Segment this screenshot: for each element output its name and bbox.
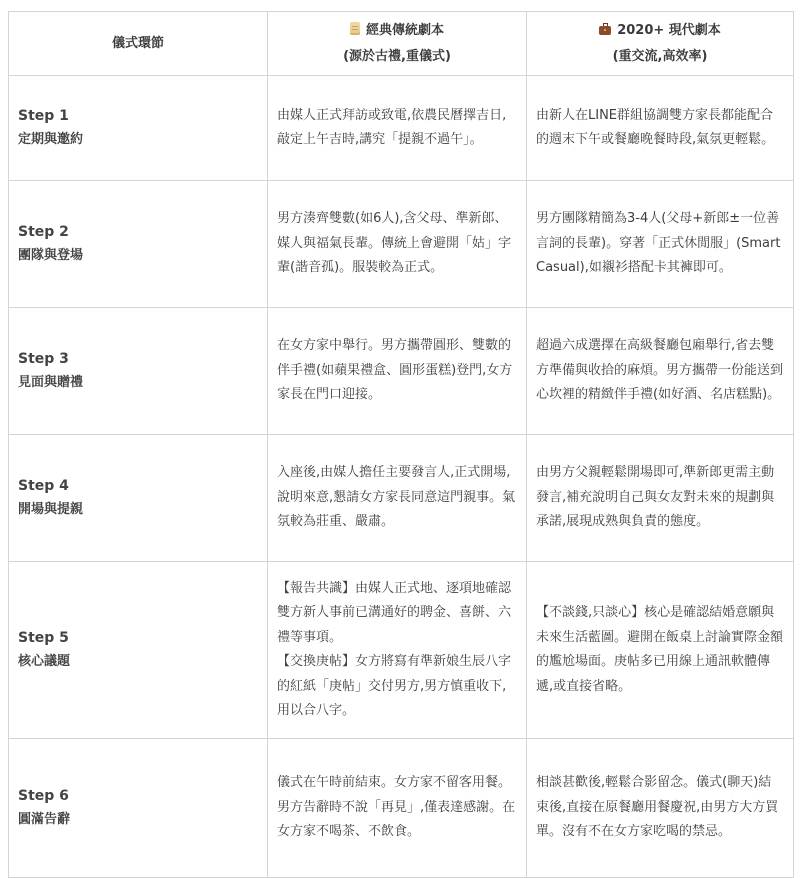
header-ritual-stage: 儀式環節 [9,12,268,76]
step-number: Step 3 [18,347,267,371]
step-title: 定期與邀約 [18,128,267,152]
table-row: Step 1 定期與邀約 由媒人正式拜訪或致電,依農民曆擇吉日,敲定上午吉時,講… [9,76,794,181]
modern-cell: 相談甚歡後,輕鬆合影留念。儀式(聊天)結束後,直接在原餐廳用餐慶祝,由男方大方買… [527,739,794,782]
modern-cell: 由男方父親輕鬆開場即可,準新郎更需主動發言,補充說明自己與女友對未來的規劃與承諾… [527,435,794,562]
table-row: Step 4 開場與提親 入座後,由媒人擔任主要發言人,正式開場,說明來意,懇請… [9,435,794,562]
step-cell: Step 1 定期與邀約 [9,76,268,181]
table-row: Step 3 見面與贈禮 在女方家中舉行。男方攜帶圓形、雙數的伴手禮(如蘋果禮盒… [9,308,794,435]
step-number: Step 1 [18,104,267,128]
modern-cell: 【不談錢,只談心】核心是確認結婚意願與未來生活藍圖。避開在飯桌上討論實際金額的尷… [527,562,794,739]
table-header-row: 儀式環節 經典傳統劇本 (源於古禮,重儀式) 2020+ 現代劇本 (重交流,高… [9,12,794,76]
traditional-cell: 【報告共識】由媒人正式地、逐項地確認雙方新人事前已溝通好的聘金、喜餅、六禮等事項… [268,562,527,739]
scroll-icon [350,22,360,35]
comparison-table-container: 儀式環節 經典傳統劇本 (源於古禮,重儀式) 2020+ 現代劇本 (重交流,高… [8,11,793,781]
header-traditional-title: 經典傳統劇本 [366,23,444,38]
table-row: Step 6 圓滿告辭 儀式在午時前結束。女方家不留客用餐。男方告辭時不說「再見… [9,739,794,782]
header-modern-subtitle: (重交流,高效率) [527,44,793,70]
traditional-cell: 在女方家中舉行。男方攜帶圓形、雙數的伴手禮(如蘋果禮盒、圓形蛋糕)登門,女方家長… [268,308,527,435]
header-modern: 2020+ 現代劇本 (重交流,高效率) [527,12,794,76]
proposal-ritual-comparison-table: 儀式環節 經典傳統劇本 (源於古禮,重儀式) 2020+ 現代劇本 (重交流,高… [8,11,794,781]
step-cell: Step 3 見面與贈禮 [9,308,268,435]
step-cell: Step 4 開場與提親 [9,435,268,562]
table-row: Step 2 團隊與登場 男方湊齊雙數(如6人),含父母、準新郎、媒人與福氣長輩… [9,181,794,308]
modern-cell: 超過六成選擇在高級餐廳包廂舉行,省去雙方準備與收拾的麻煩。男方攜帶一份能送到心坎… [527,308,794,435]
step-title: 開場與提親 [18,498,267,522]
traditional-cell: 由媒人正式拜訪或致電,依農民曆擇吉日,敲定上午吉時,講究「提親不過午」。 [268,76,527,181]
step-number: Step 4 [18,474,267,498]
header-traditional: 經典傳統劇本 (源於古禮,重儀式) [268,12,527,76]
step-cell: Step 2 團隊與登場 [9,181,268,308]
traditional-cell: 儀式在午時前結束。女方家不留客用餐。男方告辭時不說「再見」,僅表達感謝。在女方家… [268,739,527,782]
step-cell: Step 5 核心議題 [9,562,268,739]
step-title: 見面與贈禮 [18,371,267,395]
header-traditional-subtitle: (源於古禮,重儀式) [268,44,526,70]
traditional-paragraph-report: 【報告共識】由媒人正式地、逐項地確認雙方新人事前已溝通好的聘金、喜餅、六禮等事項… [277,577,517,651]
modern-cell: 由新人在LINE群組協調雙方家長都能配合的週末下午或餐廳晚餐時段,氣氛更輕鬆。 [527,76,794,181]
step-title: 核心議題 [18,650,267,674]
step-number: Step 2 [18,220,267,244]
table-row: Step 5 核心議題 【報告共識】由媒人正式地、逐項地確認雙方新人事前已溝通好… [9,562,794,739]
traditional-cell: 男方湊齊雙數(如6人),含父母、準新郎、媒人與福氣長輩。傳統上會避開「姑」字輩(… [268,181,527,308]
step-cell: Step 6 圓滿告辭 [9,739,268,782]
header-ritual-stage-label: 儀式環節 [112,36,164,51]
header-modern-title: 2020+ 現代劇本 [617,23,721,38]
step-number: Step 5 [18,626,267,650]
traditional-cell: 入座後,由媒人擔任主要發言人,正式開場,說明來意,懇請女方家長同意這門親事。氣氛… [268,435,527,562]
briefcase-icon [599,26,611,35]
traditional-paragraph-exchange: 【交換庚帖】女方將寫有準新娘生辰八字的紅紙「庚帖」交付男方,男方慎重收下,用以合… [277,650,517,724]
modern-cell: 男方團隊精簡為3-4人(父母+新郎±一位善言詞的長輩)。穿著「正式休閒服」(Sm… [527,181,794,308]
step-title: 團隊與登場 [18,244,267,268]
